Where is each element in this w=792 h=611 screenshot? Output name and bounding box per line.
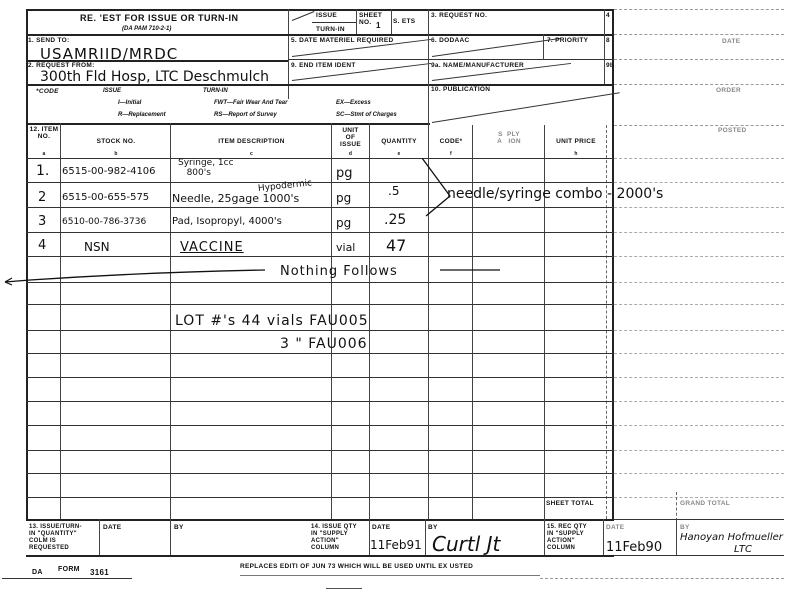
box15-signature[interactable]: Hanoyan Hofmueller LTC <box>680 532 783 556</box>
sheet-total-label: SHEET TOTAL <box>546 500 594 507</box>
col-code: CODE* <box>430 138 472 145</box>
priority-label: 7. PRIORITY <box>547 37 588 44</box>
box8-label: 8 <box>606 37 610 44</box>
col-quantity: QUANTITY <box>370 138 428 145</box>
row1-item[interactable]: 1. <box>36 163 49 179</box>
posted-label: POSTED <box>718 127 747 134</box>
row3-unit[interactable]: pg <box>336 216 351 230</box>
turnin-header: TURN-IN <box>203 88 228 94</box>
sheets-label: S. ETS <box>393 18 415 25</box>
grand-total-label: GRAND TOTAL <box>680 500 730 507</box>
col-letter-c: c <box>172 151 331 158</box>
lot-line-2[interactable]: 3 " FAU006 <box>280 336 368 352</box>
lot-line-1[interactable]: LOT #'s 44 vials FAU005 <box>175 313 369 329</box>
form-da: DA <box>32 569 43 576</box>
box14-label: 14. ISSUE QTYIN "SUPPLYACTION"COLUMN <box>311 524 357 552</box>
col-unit-price: UNIT PRICE <box>546 138 606 145</box>
row3-item[interactable]: 3 <box>38 214 46 229</box>
bracket-note[interactable]: needle/syringe combo - 2000's <box>447 186 663 202</box>
name-manufacturer-label: 9a. NAME/MANUFACTURER <box>431 62 524 69</box>
box4-label: 4 <box>606 12 610 19</box>
col-letter-d: d <box>332 151 369 158</box>
form-number: 3161 <box>90 569 109 576</box>
code-label: *CODE <box>36 88 59 95</box>
box15-date-label: DATE <box>606 524 624 531</box>
row2-desc[interactable]: Needle, 25gage 1000's <box>172 192 299 205</box>
box13-label: 13. ISSUE/TURN-IN "QUANTITY"COLM ISREQUE… <box>29 524 82 552</box>
box15-label: 15. REC QTYIN "SUPPLYACTION"COLUMN <box>547 524 587 552</box>
col-unit-of-issue: UNITOFISSUE <box>332 127 369 148</box>
row3-qty[interactable]: .25 <box>384 212 406 228</box>
row4-unit[interactable]: vial <box>336 241 355 254</box>
turnin-checkbox-label[interactable]: TURN-IN <box>316 26 345 33</box>
box14-date-value[interactable]: 11Feb91 <box>370 538 422 552</box>
row4-stock[interactable]: NSN <box>84 240 110 254</box>
row4-qty[interactable]: 47 <box>386 236 406 255</box>
request-from-value[interactable]: 300th Fld Hosp, LTC Deschmulch <box>40 69 269 85</box>
box14-by-label: BY <box>428 524 438 531</box>
row2-stock[interactable]: 6515-00-655-575 <box>62 192 149 203</box>
issue-checkbox-label[interactable]: ISSUE <box>316 12 337 19</box>
box13-by-label: BY <box>174 524 184 531</box>
col-item-description: ITEM DESCRIPTION <box>172 138 331 145</box>
form-title: RE. ’EST FOR ISSUE OR TURN-IN <box>80 13 239 23</box>
row3-stock[interactable]: 6510-00-786-3736 <box>62 217 146 227</box>
code-stmt-charges: SC—Stmt of Charges <box>336 112 397 118</box>
nothing-follows[interactable]: Nothing Follows <box>280 264 398 279</box>
request-no-label: 3. REQUEST NO. <box>431 12 487 19</box>
row1-desc[interactable]: Syringe, 1cc 800's <box>178 158 234 178</box>
box15-by-label: BY <box>680 524 690 531</box>
box14-signature[interactable]: Curtl Jt <box>432 532 500 556</box>
form-subtitle: (DA PAM 710-2-1) <box>122 26 171 32</box>
request-from-label: 2. REQUEST FROM: <box>28 62 95 69</box>
sheet-no-value: 1 <box>376 22 381 29</box>
col-letter-h: h <box>546 151 606 158</box>
col-letter-a: a <box>28 151 60 158</box>
row2-item[interactable]: 2 <box>38 190 46 205</box>
box9b-label: 9b <box>606 62 614 69</box>
end-item-label: 9. END ITEM IDENT <box>291 62 356 69</box>
col-stock-no: STOCK NO. <box>62 138 170 145</box>
box15-date-value[interactable]: 11Feb90 <box>606 540 662 555</box>
code-fair-wear: FWT—Fair Wear And Tear <box>214 100 287 106</box>
code-report-survey: RS—Report of Survey <box>214 112 277 118</box>
col-supply-action: S PLYA ION <box>474 131 544 145</box>
replaces-text: REPLACES EDITI OF JUN 73 WHICH WILL BE U… <box>240 563 473 570</box>
box14-date-label: DATE <box>372 524 390 531</box>
code-initial: I—Initial <box>118 100 141 106</box>
issue-header: ISSUE <box>103 88 121 94</box>
row2-unit[interactable]: pg <box>336 191 351 205</box>
row1-stock[interactable]: 6515-00-982-4106 <box>62 166 156 177</box>
row3-desc[interactable]: Pad, Isopropyl, 4000's <box>172 216 282 227</box>
send-to-label: 1. SEND TO: <box>28 37 69 44</box>
row2-qty[interactable]: .5 <box>388 184 399 198</box>
col-letter-f: f <box>430 151 472 158</box>
col-letter-e: e <box>370 151 428 158</box>
date-materiel-label: 5. DATE MATERIEL REQUIRED <box>291 37 393 44</box>
row1-unit[interactable]: pg <box>336 166 353 181</box>
code-excess: EX—Excess <box>336 100 371 106</box>
publication-label: 10. PUBLICATION <box>431 86 490 93</box>
box8-date-text: DATE <box>722 38 740 45</box>
row4-desc[interactable]: VACCINE <box>180 240 244 255</box>
row4-item[interactable]: 4 <box>38 238 46 253</box>
dodaac-label: 6. DODAAC <box>431 37 469 44</box>
col-letter-b: b <box>62 151 170 158</box>
box11-order-text: ORDER <box>716 87 741 94</box>
code-replacement: R—Replacement <box>118 112 166 118</box>
box13-date-label: DATE <box>103 524 121 531</box>
form-word: FORM <box>58 566 80 573</box>
col-item-no: 12. ITEMNO. <box>28 126 60 140</box>
